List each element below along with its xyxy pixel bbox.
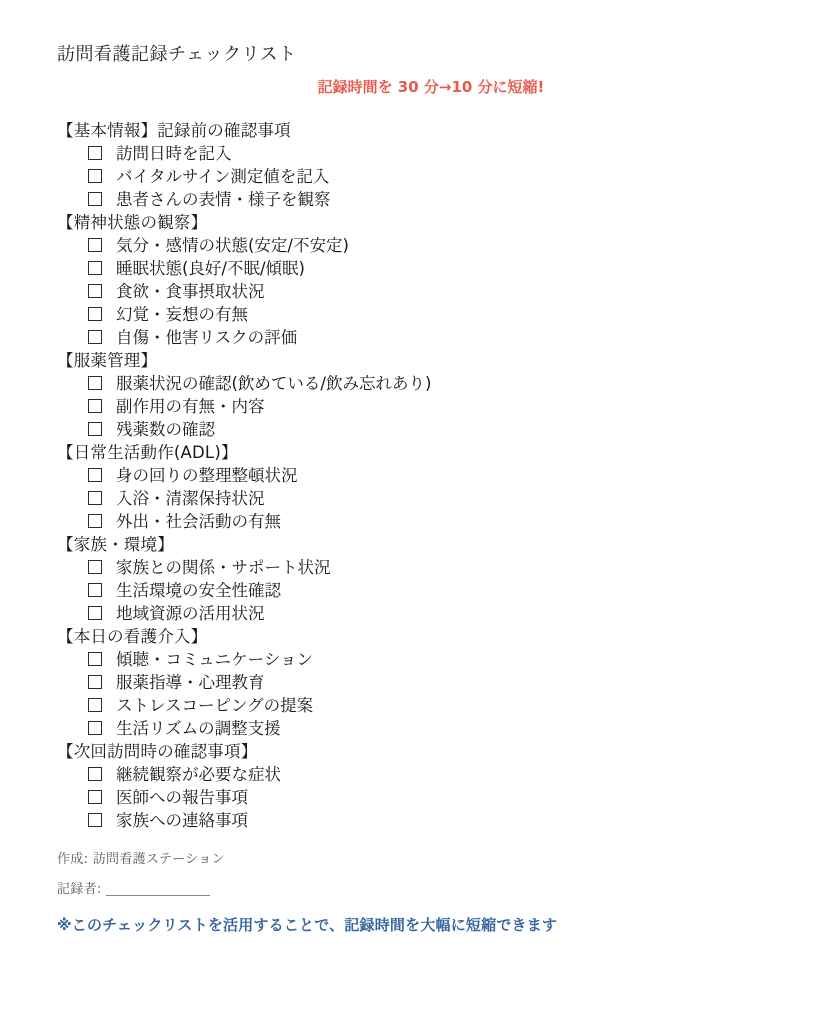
checklist-item: 地域資源の活用状況 — [57, 602, 805, 625]
checklist-item-label: 副作用の有無・内容 — [116, 397, 265, 416]
checklist-item: 生活リズムの調整支援 — [57, 717, 805, 740]
checklist-item: 医師への報告事項 — [57, 786, 805, 809]
checkbox-unchecked-icon — [88, 606, 102, 620]
recorder-blank-line: ________________ — [106, 882, 210, 897]
section-heading: 【服薬管理】 — [57, 349, 805, 372]
checklist-item-label: 医師への報告事項 — [116, 788, 248, 807]
checkbox-unchecked-icon — [88, 284, 102, 298]
checklist-item-label: 幻覚・妄想の有無 — [116, 305, 248, 324]
checklist-item-label: 服薬指導・心理教育 — [116, 673, 265, 692]
checkbox-unchecked-icon — [88, 422, 102, 436]
document-page: 訪問看護記録チェックリスト 記録時間を 30 分→10 分に短縮! 【基本情報】… — [0, 0, 834, 1017]
checkbox-unchecked-icon — [88, 813, 102, 827]
checklist-item-label: 外出・社会活動の有無 — [116, 512, 281, 531]
checkbox-unchecked-icon — [88, 721, 102, 735]
checklist-item: 睡眠状態(良好/不眠/傾眠) — [57, 257, 805, 280]
checklist-item: 家族への連絡事項 — [57, 809, 805, 832]
checklist-item: 継続観察が必要な症状 — [57, 763, 805, 786]
checkbox-unchecked-icon — [88, 790, 102, 804]
checklist-item-label: 生活リズムの調整支援 — [116, 719, 281, 738]
checklist-item-label: 入浴・清潔保持状況 — [116, 489, 265, 508]
checklist-item-label: 地域資源の活用状況 — [116, 604, 265, 623]
checklist-item-label: 継続観察が必要な症状 — [116, 765, 281, 784]
time-reduction-highlight: 記録時間を 30 分→10 分に短縮! — [57, 79, 805, 95]
footer: 作成: 訪問看護ステーション 記録者: ________________ ※この… — [57, 852, 805, 935]
checklist-item-label: 患者さんの表情・様子を観察 — [116, 190, 331, 209]
created-by-line: 作成: 訪問看護ステーション — [57, 852, 805, 868]
checklist-item-label: 傾聴・コミュニケーション — [116, 650, 313, 669]
checklist-item: 患者さんの表情・様子を観察 — [57, 188, 805, 211]
checklist-item: 身の回りの整理整頓状況 — [57, 464, 805, 487]
checkbox-unchecked-icon — [88, 514, 102, 528]
section-heading: 【日常生活動作(ADL)】 — [57, 441, 805, 464]
checklist-item: ストレスコーピングの提案 — [57, 694, 805, 717]
section-heading: 【本日の看護介入】 — [57, 625, 805, 648]
checklist-item-label: 訪問日時を記入 — [116, 144, 232, 163]
checkbox-unchecked-icon — [88, 767, 102, 781]
checklist-item: 副作用の有無・内容 — [57, 395, 805, 418]
created-by-label: 作成: — [57, 852, 88, 867]
checklist-item-label: 生活環境の安全性確認 — [116, 581, 281, 600]
checkbox-unchecked-icon — [88, 560, 102, 574]
checklist-item-label: 身の回りの整理整頓状況 — [116, 466, 298, 485]
checklist-item-label: 気分・感情の状態(安定/不安定) — [116, 236, 349, 255]
checklist-item: 訪問日時を記入 — [57, 142, 805, 165]
checkbox-unchecked-icon — [88, 468, 102, 482]
checklist-item: 服薬指導・心理教育 — [57, 671, 805, 694]
section-heading: 【家族・環境】 — [57, 533, 805, 556]
section-heading: 【精神状態の観察】 — [57, 211, 805, 234]
checklist-item: 自傷・他害リスクの評価 — [57, 326, 805, 349]
checkbox-unchecked-icon — [88, 376, 102, 390]
checkbox-unchecked-icon — [88, 169, 102, 183]
checklist-item: バイタルサイン測定値を記入 — [57, 165, 805, 188]
checklist-item: 生活環境の安全性確認 — [57, 579, 805, 602]
page-title: 訪問看護記録チェックリスト — [57, 43, 805, 67]
checklist-item: 気分・感情の状態(安定/不安定) — [57, 234, 805, 257]
checklist: 【基本情報】記録前の確認事項訪問日時を記入バイタルサイン測定値を記入患者さんの表… — [57, 119, 805, 832]
checklist-item-label: バイタルサイン測定値を記入 — [116, 167, 329, 186]
checkbox-unchecked-icon — [88, 330, 102, 344]
checklist-item-label: 家族との関係・サポート状況 — [116, 558, 331, 577]
checklist-item-label: 家族への連絡事項 — [116, 811, 248, 830]
checkbox-unchecked-icon — [88, 261, 102, 275]
checklist-item: 入浴・清潔保持状況 — [57, 487, 805, 510]
checkbox-unchecked-icon — [88, 583, 102, 597]
checklist-item: 家族との関係・サポート状況 — [57, 556, 805, 579]
checklist-item-label: 食欲・食事摂取状況 — [116, 282, 265, 301]
checkbox-unchecked-icon — [88, 307, 102, 321]
checkbox-unchecked-icon — [88, 698, 102, 712]
checklist-item: 幻覚・妄想の有無 — [57, 303, 805, 326]
checklist-item: 服薬状況の確認(飲めている/飲み忘れあり) — [57, 372, 805, 395]
checkbox-unchecked-icon — [88, 192, 102, 206]
checklist-item-label: 自傷・他害リスクの評価 — [116, 328, 297, 347]
checkbox-unchecked-icon — [88, 238, 102, 252]
created-by-value: 訪問看護ステーション — [93, 852, 225, 867]
usage-note: ※このチェックリストを活用することで、記録時間を大幅に短縮できます — [57, 915, 805, 935]
checklist-item-label: 残薬数の確認 — [116, 420, 215, 439]
recorder-label: 記録者: — [57, 882, 102, 897]
checklist-item-label: 服薬状況の確認(飲めている/飲み忘れあり) — [116, 374, 431, 393]
checkbox-unchecked-icon — [88, 146, 102, 160]
section-heading: 【次回訪問時の確認事項】 — [57, 740, 805, 763]
checklist-item: 残薬数の確認 — [57, 418, 805, 441]
checklist-item: 傾聴・コミュニケーション — [57, 648, 805, 671]
checkbox-unchecked-icon — [88, 491, 102, 505]
checklist-item-label: ストレスコーピングの提案 — [116, 696, 313, 715]
checkbox-unchecked-icon — [88, 652, 102, 666]
checklist-item-label: 睡眠状態(良好/不眠/傾眠) — [116, 259, 305, 278]
checkbox-unchecked-icon — [88, 399, 102, 413]
checkbox-unchecked-icon — [88, 675, 102, 689]
checklist-item: 食欲・食事摂取状況 — [57, 280, 805, 303]
recorder-line: 記録者: ________________ — [57, 882, 805, 898]
checklist-item: 外出・社会活動の有無 — [57, 510, 805, 533]
section-heading: 【基本情報】記録前の確認事項 — [57, 119, 805, 142]
